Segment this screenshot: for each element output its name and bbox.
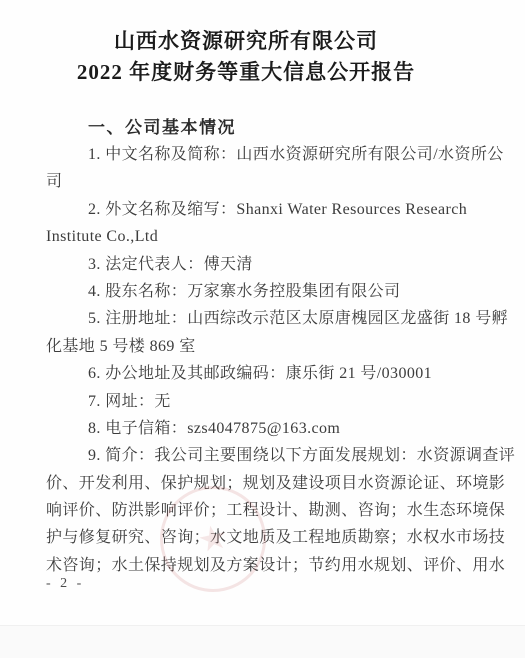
scanned-document-page: 山西水资源研究所有限公司 2022 年度财务等重大信息公开报告 一、公司基本情况… [0, 0, 525, 658]
text-line: 1. 中文名称及简称：山西水资源研究所有限公司/水资所公 [46, 141, 492, 168]
report-title-line1: 山西水资源研究所有限公司 [0, 26, 492, 57]
section-heading-company-basic-info: 一、公司基本情况 [88, 113, 236, 138]
text-line: 4. 股东名称：万家寨水务控股集团有限公司 [46, 278, 492, 305]
report-title: 山西水资源研究所有限公司 2022 年度财务等重大信息公开报告 [0, 26, 492, 88]
document-body-lines: 1. 中文名称及简称：山西水资源研究所有限公司/水资所公司2. 外文名称及缩写：… [46, 141, 492, 579]
page-number: - 2 - [46, 576, 84, 592]
text-line: 6. 办公地址及其邮政编码：康乐街 21 号/030001 [46, 360, 492, 387]
report-title-line2: 2022 年度财务等重大信息公开报告 [0, 57, 492, 88]
text-line: 价、开发利用、保护规划；规划及建设项目水资源论证、环境影 [46, 470, 492, 497]
text-line: 5. 注册地址：山西综改示范区太原唐槐园区龙盛街 18 号孵 [46, 305, 492, 332]
text-line: 8. 电子信箱：szs4047875@163.com [46, 415, 492, 442]
text-line: 响评价、防洪影响评价；工程设计、勘测、咨询；水生态环境保 [46, 497, 492, 524]
text-line: 3. 法定代表人：傅天清 [46, 251, 492, 278]
text-line: 7. 网址：无 [46, 388, 492, 415]
text-line: 化基地 5 号楼 869 室 [46, 333, 492, 360]
text-line: 司 [46, 168, 492, 195]
text-line: 2. 外文名称及缩写：Shanxi Water Resources Resear… [46, 196, 492, 223]
scan-sheet-edge [0, 625, 525, 658]
text-line: 护与修复研究、咨询；水文地质及工程地质勘察；水权水市场技 [46, 524, 492, 551]
text-line: 9. 简介：我公司主要围绕以下方面发展规划：水资源调查评 [46, 442, 492, 469]
text-line: 术咨询；水土保持规划及方案设计；节约用水规划、评价、用水 [46, 552, 492, 579]
text-line: Institute Co.,Ltd [46, 223, 492, 250]
